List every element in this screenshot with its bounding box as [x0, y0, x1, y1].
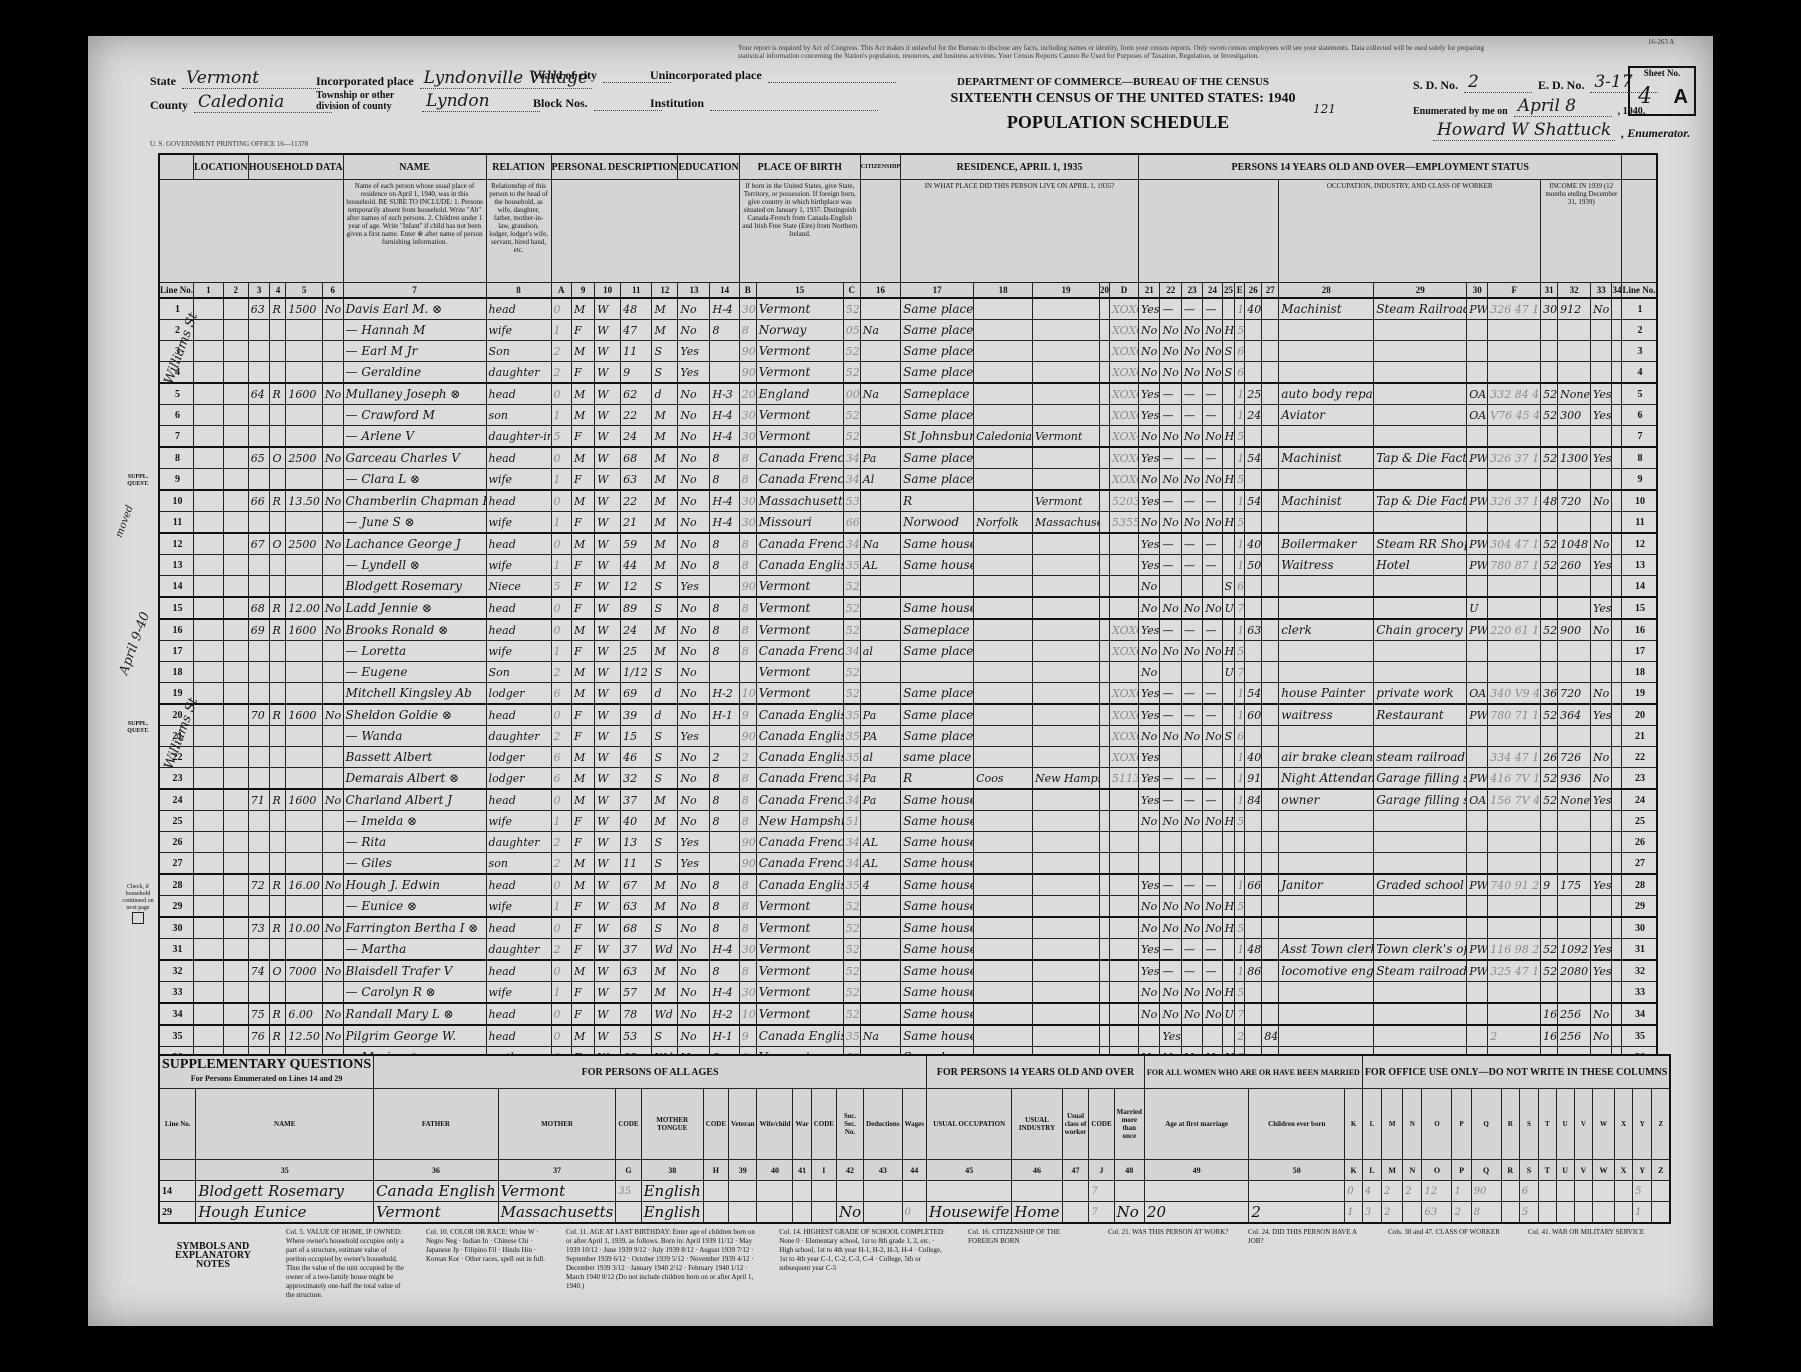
- cell-other: Yes: [1591, 555, 1612, 576]
- cell-codeA: 0: [551, 789, 571, 811]
- cell-res-state: [1032, 939, 1099, 961]
- supp-header: P: [1452, 1089, 1471, 1160]
- column-number: F: [1488, 283, 1541, 299]
- cell-r25: U: [1222, 662, 1235, 683]
- supp-cell-c40: [757, 1181, 793, 1202]
- supp-cell-c48: [1114, 1181, 1144, 1202]
- line-number: 17: [159, 641, 194, 662]
- cell-relation: Niece: [486, 576, 551, 598]
- supp-header: USUAL INDUSTRY: [1012, 1089, 1062, 1160]
- cell-owned: R: [270, 1025, 286, 1047]
- cell-farm: [322, 341, 343, 362]
- supp-header: U: [1556, 1089, 1574, 1160]
- column-number: 30: [1467, 283, 1488, 299]
- cell-r21: Yes: [1138, 298, 1159, 320]
- cell-name: — Earl M Jr: [343, 341, 486, 362]
- cell-house: [248, 896, 270, 918]
- supp-column-number: Q: [1471, 1160, 1501, 1181]
- cell-cit: [860, 1003, 900, 1025]
- cell-r21: No: [1138, 641, 1159, 662]
- cell-res-county: [974, 662, 1033, 683]
- cell-hours: 24: [1245, 405, 1262, 426]
- cell-res-city: Same place: [901, 298, 974, 320]
- cell-r24: No: [1203, 1003, 1222, 1025]
- cell-owned: [270, 576, 286, 598]
- supp-column-number: H: [703, 1160, 728, 1181]
- cell-sex: F: [572, 641, 595, 662]
- cell-farm: [322, 555, 343, 576]
- cell-school: No: [678, 426, 710, 448]
- cell-r25: [1222, 853, 1235, 875]
- cell-r21: Yes: [1138, 490, 1159, 512]
- cell-grade: [710, 853, 739, 875]
- supp-header: Wife/child: [757, 1089, 793, 1160]
- printing-office: U. S. GOVERNMENT PRINTING OFFICE 16—1137…: [150, 140, 308, 148]
- cell-class: PW: [1467, 768, 1488, 790]
- cell-weeks: 52: [1541, 555, 1558, 576]
- supp-column-number: Y: [1633, 1160, 1652, 1181]
- column-number: 16: [860, 283, 900, 299]
- cell-value: 1600: [286, 383, 322, 405]
- cell-other: [1591, 362, 1612, 384]
- cell-owned: [270, 405, 286, 426]
- census-title: SIXTEENTH CENSUS OF THE UNITED STATES: 1…: [918, 91, 1328, 107]
- cell-codeA: 1: [551, 320, 571, 341]
- line-number: 11: [1622, 512, 1657, 534]
- cell-industry: Town clerk's office: [1374, 939, 1467, 961]
- cell-occupation: [1279, 320, 1374, 341]
- cell-res-state: [1032, 383, 1099, 405]
- supp-header: M: [1382, 1089, 1403, 1160]
- cell-dur: [1262, 704, 1279, 726]
- cell-cit: [860, 362, 900, 384]
- cell-res-state: [1032, 362, 1099, 384]
- supp-header: K: [1345, 1089, 1363, 1160]
- cell-codeD: [1109, 896, 1138, 918]
- cell-codeD: 5203: [1109, 490, 1138, 512]
- column-number: 11: [621, 283, 652, 299]
- cell-relation: wife: [486, 555, 551, 576]
- cell-street: [194, 512, 224, 534]
- cell-industry: Hotel: [1374, 555, 1467, 576]
- line-number: 29: [159, 896, 194, 918]
- cell-c34: [1612, 789, 1622, 811]
- cell-codeE: 5: [1235, 320, 1245, 341]
- column-number: C: [843, 283, 860, 299]
- table-row: 1669R1600NoBrooks Ronald ⊗head0MW24MNo88…: [159, 619, 1657, 641]
- supp-cell-c39: [729, 1181, 757, 1202]
- column-number: B: [739, 283, 756, 299]
- cell-codeA: 0: [551, 490, 571, 512]
- cell-grade: 8: [710, 811, 739, 832]
- column-number: 29: [1374, 283, 1467, 299]
- cell-occupation: [1279, 896, 1374, 918]
- cell-dur: [1262, 960, 1279, 982]
- schedule-subtitle: POPULATION SCHEDULE: [978, 112, 1258, 133]
- cell-house: [248, 362, 270, 384]
- cell-r24: [1203, 853, 1222, 875]
- cell-marital: M: [652, 447, 678, 469]
- cell-industry: [1374, 1003, 1467, 1025]
- cell-codeB: 8: [739, 469, 756, 491]
- table-row: 14Blodgett RosemaryNiece5FW12SYes90Vermo…: [159, 576, 1657, 598]
- cell-occupation: [1279, 726, 1374, 747]
- cell-owned: [270, 426, 286, 448]
- cell-r22: No: [1160, 1003, 1181, 1025]
- supp-column-number: 38: [641, 1160, 703, 1181]
- cell-res-city: Same place: [901, 405, 974, 426]
- income-column-desc: INCOME IN 1939 (12 months ending Decembe…: [1541, 180, 1622, 283]
- cell-house: [248, 747, 270, 768]
- column-number: 15: [756, 283, 843, 299]
- cell-codeB: 8: [739, 811, 756, 832]
- column-number: 3: [248, 283, 270, 299]
- supp-cell-w: [1592, 1202, 1614, 1224]
- cell-codeE: 1: [1235, 490, 1245, 512]
- cell-race: W: [595, 853, 621, 875]
- cell-street: [194, 447, 224, 469]
- cell-sex: F: [572, 917, 595, 939]
- cell-class: U: [1467, 597, 1488, 619]
- cell-house: [248, 832, 270, 853]
- cell-owned: [270, 320, 286, 341]
- cell-house: 70: [248, 704, 270, 726]
- supp-cell-mother: Massachusetts: [498, 1202, 616, 1224]
- cell-res-county: [974, 362, 1033, 384]
- cell-r25: H: [1222, 917, 1235, 939]
- cell-street: [194, 982, 224, 1004]
- cell-owned: O: [270, 533, 286, 555]
- cell-marital: d: [652, 704, 678, 726]
- cell-sex: M: [572, 298, 595, 320]
- note-col10: Col. 10. COLOR OR RACE: White W · Negro …: [426, 1228, 548, 1308]
- cell-farm35: [1099, 704, 1109, 726]
- cell-wages: [1558, 896, 1591, 918]
- cell-r24: No: [1203, 982, 1222, 1004]
- suppl-quest-tag: SUPPL. QUEST.: [123, 474, 153, 488]
- cell-name: — Lyndell ⊗: [343, 555, 486, 576]
- column-number: 32: [1558, 283, 1591, 299]
- supp-header: Q: [1471, 1089, 1501, 1160]
- cell-race: W: [595, 726, 621, 747]
- cell-house-blank: [223, 811, 248, 832]
- cell-res-city: Same house: [901, 789, 974, 811]
- cell-value: 7000: [286, 960, 322, 982]
- supp-cell-p: 1: [1452, 1181, 1471, 1202]
- cell-weeks: 52: [1541, 704, 1558, 726]
- cell-occupation: Asst Town clerk: [1279, 939, 1374, 961]
- cell-r24: —: [1203, 447, 1222, 469]
- supp-cell-v: [1574, 1202, 1592, 1224]
- cell-house-blank: [223, 447, 248, 469]
- cell-codeF: [1488, 662, 1541, 683]
- table-row: 2— Hannah Mwife1FW47MNo88Norway05NaSame …: [159, 320, 1657, 341]
- cell-cit: al: [860, 747, 900, 768]
- cell-res-county: [974, 747, 1033, 768]
- cell-name: — Imelda ⊗: [343, 811, 486, 832]
- table-row: 23Demarais Albert ⊗lodger6MW32SNo88Canad…: [159, 768, 1657, 790]
- cell-school: No: [678, 917, 710, 939]
- cell-house: 76: [248, 1025, 270, 1047]
- column-number: 21: [1138, 283, 1159, 299]
- cell-wages: 1300: [1558, 447, 1591, 469]
- cell-house: 63: [248, 298, 270, 320]
- table-row: 33— Carolyn R ⊗wife1FW57MNoH-430Vermont5…: [159, 982, 1657, 1004]
- supp-column-number: K: [1345, 1160, 1363, 1181]
- cell-other: [1591, 341, 1612, 362]
- cell-name: Ladd Jennie ⊗: [343, 597, 486, 619]
- line-number: 27: [1622, 853, 1657, 875]
- cell-r24: —: [1203, 298, 1222, 320]
- cell-school: No: [678, 683, 710, 705]
- cell-codeE: 7: [1235, 662, 1245, 683]
- cell-occupation: house Painter: [1279, 683, 1374, 705]
- supp-column-number: W: [1592, 1160, 1614, 1181]
- cell-house: [248, 939, 270, 961]
- cell-codeA: 1: [551, 982, 571, 1004]
- cell-other: No: [1591, 619, 1612, 641]
- cell-farm35: [1099, 874, 1109, 896]
- cell-hours: 54: [1245, 447, 1262, 469]
- cell-owned: [270, 747, 286, 768]
- cell-codeA: 0: [551, 533, 571, 555]
- cell-farm35: [1099, 405, 1109, 426]
- cell-r24: [1203, 576, 1222, 598]
- cell-farm35: [1099, 917, 1109, 939]
- cell-r21: Yes: [1138, 683, 1159, 705]
- cell-house: 73: [248, 917, 270, 939]
- cell-occupation: Machinist: [1279, 490, 1374, 512]
- cell-house: [248, 768, 270, 790]
- cell-relation: head: [486, 597, 551, 619]
- cell-race: W: [595, 960, 621, 982]
- cell-dur: [1262, 619, 1279, 641]
- cell-res-city: [901, 662, 974, 683]
- cell-race: W: [595, 917, 621, 939]
- cell-codeB: 90: [739, 832, 756, 853]
- cell-c34: [1612, 704, 1622, 726]
- cell-street: [194, 939, 224, 961]
- cell-codeA: 2: [551, 362, 571, 384]
- line-number: 35: [159, 1025, 194, 1047]
- column-number: 24: [1203, 283, 1222, 299]
- cell-age: 67: [621, 874, 652, 896]
- cell-hours: [1245, 512, 1262, 534]
- cell-age: 68: [621, 917, 652, 939]
- note-col16: Col. 16. CITIZENSHIP OF THE FOREIGN BORN: [968, 1228, 1090, 1308]
- cell-house: [248, 641, 270, 662]
- cell-industry: [1374, 362, 1467, 384]
- cell-codeA: 0: [551, 917, 571, 939]
- cell-r21: Yes: [1138, 405, 1159, 426]
- cell-age: 44: [621, 555, 652, 576]
- cell-house: 66: [248, 490, 270, 512]
- cell-relation: head: [486, 704, 551, 726]
- cell-dur: [1262, 383, 1279, 405]
- cell-age: 62: [621, 383, 652, 405]
- cell-street: [194, 490, 224, 512]
- cell-codeF: 416 7V 1: [1488, 768, 1541, 790]
- cell-industry: [1374, 832, 1467, 853]
- cell-codeC: 51: [843, 811, 860, 832]
- table-row: 7— Arlene Vdaughter-in-law5FW24MNoH-430V…: [159, 426, 1657, 448]
- cell-farm: No: [322, 447, 343, 469]
- occupation-column-desc: OCCUPATION, INDUSTRY, AND CLASS OF WORKE…: [1279, 180, 1541, 283]
- cell-occupation: waitress: [1279, 704, 1374, 726]
- cell-house: [248, 341, 270, 362]
- cell-name: — Rita: [343, 832, 486, 853]
- cell-house: [248, 426, 270, 448]
- cell-street: [194, 896, 224, 918]
- cell-house: 72: [248, 874, 270, 896]
- cell-c34: [1612, 896, 1622, 918]
- cell-r25: [1222, 490, 1235, 512]
- cell-c34: [1612, 683, 1622, 705]
- supp-cell-s: 5: [1519, 1202, 1538, 1224]
- cell-c34: [1612, 405, 1622, 426]
- cell-codeB: 8: [739, 533, 756, 555]
- cell-age: 78: [621, 1003, 652, 1025]
- cell-street: [194, 662, 224, 683]
- cell-cit: AL: [860, 832, 900, 853]
- cell-school: Yes: [678, 853, 710, 875]
- cell-r21: Yes: [1138, 619, 1159, 641]
- column-number: 18: [974, 283, 1033, 299]
- cell-name: Pilgrim George W.: [343, 1025, 486, 1047]
- cell-res-county: [974, 576, 1033, 598]
- cell-res-city: Same place: [901, 362, 974, 384]
- cell-cit: [860, 939, 900, 961]
- cell-age: 63: [621, 960, 652, 982]
- cell-codeB: 8: [739, 874, 756, 896]
- cell-wages: 260: [1558, 555, 1591, 576]
- cell-class: [1467, 469, 1488, 491]
- cell-hours: 66: [1245, 874, 1262, 896]
- cell-weeks: 9: [1541, 874, 1558, 896]
- cell-school: No: [678, 533, 710, 555]
- cell-wages: [1558, 853, 1591, 875]
- cell-name: Demarais Albert ⊗: [343, 768, 486, 790]
- cell-farm35: [1099, 982, 1109, 1004]
- cell-res-city: Same house: [901, 811, 974, 832]
- cell-street: [194, 619, 224, 641]
- supp-cell-mother: Vermont: [498, 1181, 616, 1202]
- unincorporated-place-field: Unincorporated place: [650, 68, 896, 83]
- cell-farm35: [1099, 789, 1109, 811]
- cell-farm: [322, 362, 343, 384]
- cell-name: Bassett Albert: [343, 747, 486, 768]
- cell-c34: [1612, 490, 1622, 512]
- cell-res-county: [974, 641, 1033, 662]
- cell-codeA: 2: [551, 939, 571, 961]
- cell-class: PW: [1467, 298, 1488, 320]
- cell-r22: [1160, 747, 1181, 768]
- cell-dur: [1262, 917, 1279, 939]
- cell-codeB: 30: [739, 982, 756, 1004]
- cell-age: 22: [621, 405, 652, 426]
- cell-sex: F: [572, 512, 595, 534]
- cell-dur: [1262, 362, 1279, 384]
- cell-house-blank: [223, 747, 248, 768]
- supp-cell-c42: [836, 1181, 863, 1202]
- line-number: 12: [1622, 533, 1657, 555]
- table-row: 2070R1600NoSheldon Goldie ⊗head0FW39dNoH…: [159, 704, 1657, 726]
- cell-codeF: 326 37 1: [1488, 490, 1541, 512]
- cell-wages: [1558, 426, 1591, 448]
- cell-r23: —: [1181, 789, 1202, 811]
- cell-name: Sheldon Goldie ⊗: [343, 704, 486, 726]
- cell-r24: —: [1203, 405, 1222, 426]
- cell-farm: [322, 405, 343, 426]
- cell-r23: —: [1181, 405, 1202, 426]
- cell-house: [248, 512, 270, 534]
- cell-codeD: [1109, 555, 1138, 576]
- cell-race: W: [595, 426, 621, 448]
- cell-occupation: [1279, 469, 1374, 491]
- column-number: 8: [486, 283, 551, 299]
- cell-occupation: [1279, 1025, 1374, 1047]
- cell-birthplace: Vermont: [756, 683, 843, 705]
- cell-codeB: 90: [739, 362, 756, 384]
- cell-other: Yes: [1591, 383, 1612, 405]
- cell-sex: F: [572, 1003, 595, 1025]
- line-number: 34: [159, 1003, 194, 1025]
- cell-house-blank: [223, 832, 248, 853]
- cell-codeF: 156 7V 4: [1488, 789, 1541, 811]
- cell-res-city: Same place: [901, 469, 974, 491]
- cell-name: — Loretta: [343, 641, 486, 662]
- cell-marital: S: [652, 832, 678, 853]
- cell-school: No: [678, 1025, 710, 1047]
- cell-class: [1467, 832, 1488, 853]
- cell-r22: —: [1160, 704, 1181, 726]
- column-number: 1: [194, 283, 224, 299]
- cell-codeA: 6: [551, 768, 571, 790]
- supp-header: Z: [1652, 1089, 1670, 1160]
- cell-dur: [1262, 597, 1279, 619]
- cell-sex: M: [572, 853, 595, 875]
- cell-farm35: [1099, 853, 1109, 875]
- cell-name: Hough J. Edwin: [343, 874, 486, 896]
- cell-race: W: [595, 982, 621, 1004]
- supp-header: W: [1592, 1089, 1614, 1160]
- cell-r23: [1181, 662, 1202, 683]
- cell-industry: [1374, 917, 1467, 939]
- institution-field: Institution: [650, 96, 878, 111]
- cell-r24: No: [1203, 362, 1222, 384]
- cell-industry: Garage filling station: [1374, 768, 1467, 790]
- cell-dur: [1262, 341, 1279, 362]
- column-number: 20: [1099, 283, 1109, 299]
- cell-codeA: 1: [551, 512, 571, 534]
- cell-res-state: [1032, 747, 1099, 768]
- cell-industry: [1374, 512, 1467, 534]
- cell-codeA: 5: [551, 426, 571, 448]
- cell-codeE: 5: [1235, 811, 1245, 832]
- cell-grade: H-4: [710, 490, 739, 512]
- cell-value: 13.50: [286, 490, 322, 512]
- supp-cell-codeG: 35: [616, 1181, 641, 1202]
- cell-codeC: 35: [843, 555, 860, 576]
- cell-r23: [1181, 853, 1202, 875]
- continued-checkbox[interactable]: [132, 912, 144, 924]
- cell-house-blank: [223, 789, 248, 811]
- cell-occupation: [1279, 426, 1374, 448]
- cell-name: — June S ⊗: [343, 512, 486, 534]
- cell-marital: Wd: [652, 1003, 678, 1025]
- cell-farm35: [1099, 1025, 1109, 1047]
- supp-cell-w: [1592, 1181, 1614, 1202]
